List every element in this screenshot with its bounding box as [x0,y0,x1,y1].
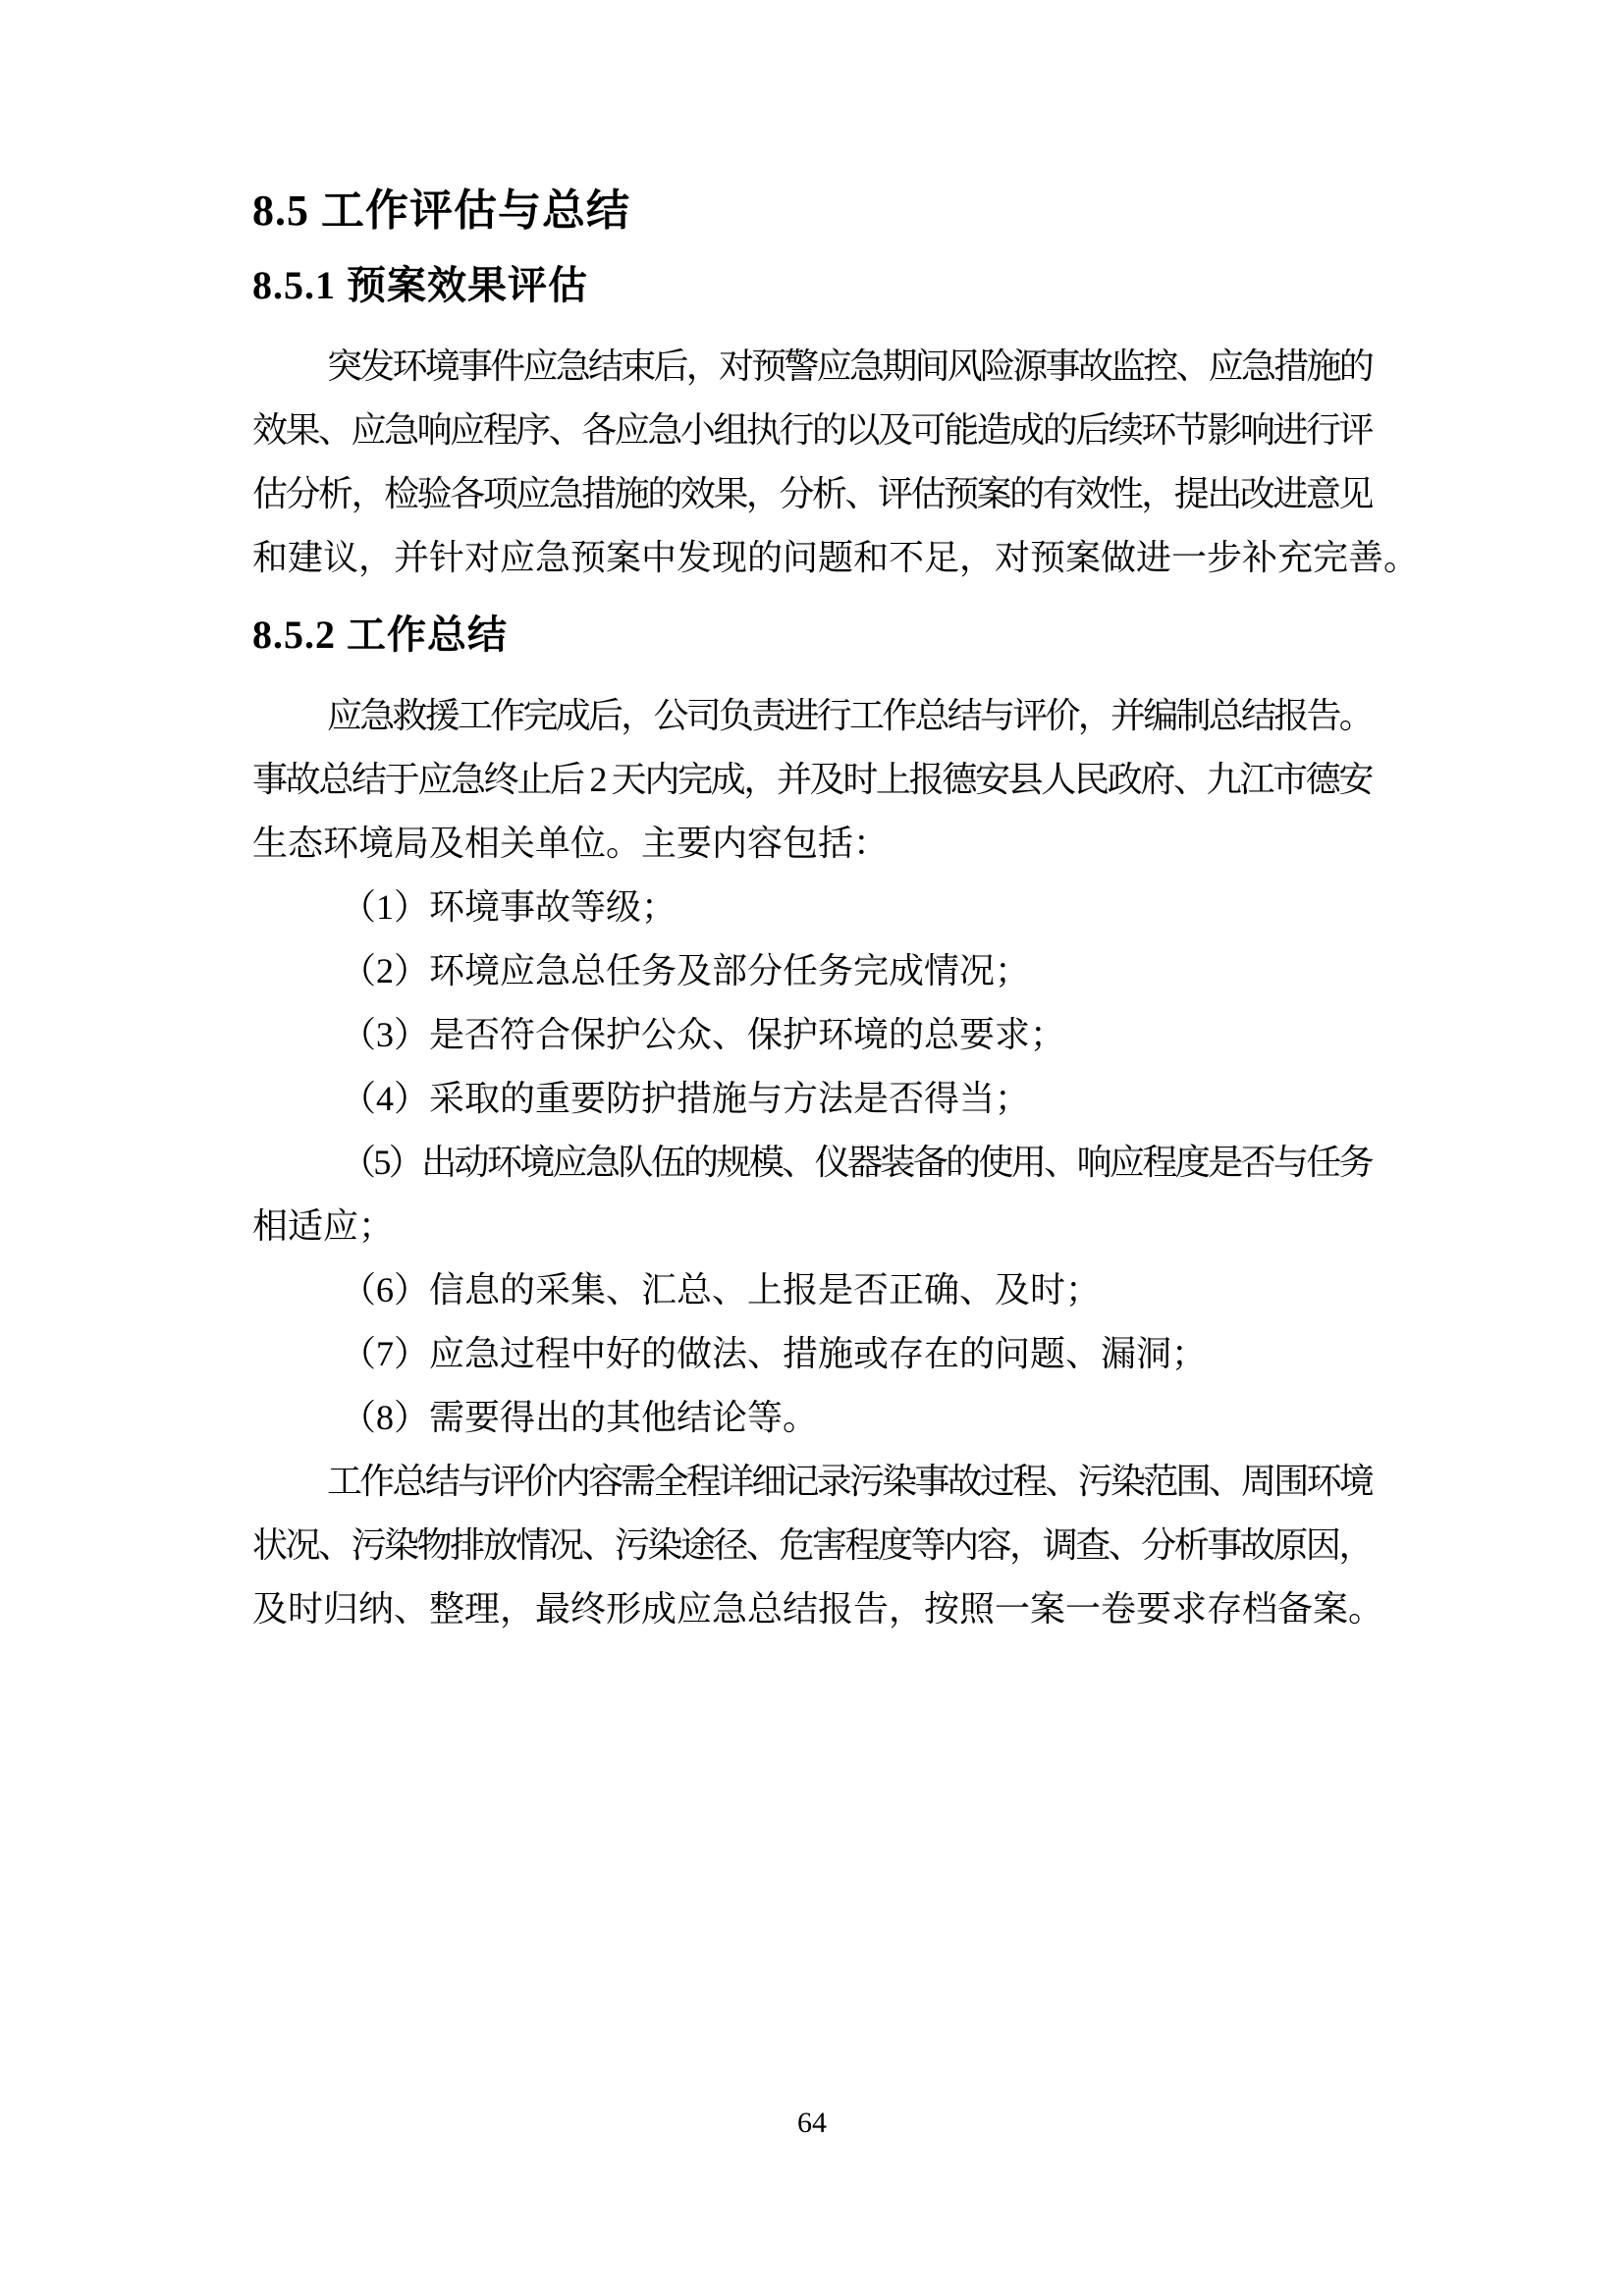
body-line: （7）应急过程中好的做法、措施或存在的问题、漏洞； [252,1322,1372,1386]
text-run: 事故总结于应急终止后 2 天内完成，并及时上报德安县人民政府、九江市德安 [252,748,1372,812]
body-line: 状况、污染物排放情况、污染途径、危害程度等内容，调查、分析事故原因， [252,1514,1372,1577]
text-run: 8.5.2 工作总结 [252,613,508,657]
text-run: 估分析，检验各项应急措施的效果，分析、评估预案的有效性，提出改进意见 [252,462,1372,526]
text-run: （4）采取的重要防护措施与方法是否得当； [341,1067,1030,1131]
text-run: 应急救援工作完成后，公司负责进行工作总结与评价，并编制总结报告。 [327,684,1372,748]
text-run: （6）信息的采集、汇总、上报是否正确、及时； [341,1258,1101,1322]
document-page: 8.5 工作评估与总结8.5.1 预案效果评估突发环境事件应急结束后，对预警应急… [0,0,1624,2296]
text-run: 工作总结与评价内容需全程详细记录污染事故过程、污染范围、周围环境 [327,1450,1372,1514]
body-line: 及时归纳、整理，最终形成应急总结报告，按照一案一卷要求存档备案。 [252,1577,1372,1641]
body-line: （5）出动环境应急队伍的规模、仪器装备的使用、响应程度是否与任务 [252,1131,1372,1195]
section-heading: 8.5 工作评估与总结 [252,182,1372,240]
text-run: （5）出动环境应急队伍的规模、仪器装备的使用、响应程度是否与任务 [341,1131,1372,1195]
body-line: 事故总结于应急终止后 2 天内完成，并及时上报德安县人民政府、九江市德安 [252,748,1372,812]
subsection-heading: 8.5.2 工作总结 [252,606,1372,665]
body-line: （1）环境事故等级； [252,876,1372,939]
text-run: （7）应急过程中好的做法、措施或存在的问题、漏洞； [341,1322,1207,1386]
text-run: 8.5 工作评估与总结 [252,187,630,235]
text-run: 及时归纳、整理，最终形成应急总结报告，按照一案一卷要求存档备案。 [252,1577,1383,1641]
body-line: 估分析，检验各项应急措施的效果，分析、评估预案的有效性，提出改进意见 [252,462,1372,526]
page-number: 64 [797,2107,827,2139]
text-run: 生态环境局及相关单位。主要内容包括： [252,812,889,876]
body-line: （3）是否符合保护公众、保护环境的总要求； [252,1003,1372,1067]
body-line: 生态环境局及相关单位。主要内容包括： [252,812,1372,876]
text-run: 和建议，并针对应急预案中发现的问题和不足，对预案做进一步补充完善。 [252,526,1419,590]
text-run: （2）环境应急总任务及部分任务完成情况； [341,939,1030,1003]
body-line: 突发环境事件应急结束后，对预警应急期间风险源事故监控、应急措施的 [252,335,1372,399]
body-line: 工作总结与评价内容需全程详细记录污染事故过程、污染范围、周围环境 [252,1450,1372,1514]
page-footer: 64 [0,2104,1624,2143]
text-run: 相适应； [252,1195,394,1258]
body-line: （6）信息的采集、汇总、上报是否正确、及时； [252,1258,1372,1322]
text-run: （3）是否符合保护公众、保护环境的总要求； [341,1003,1065,1067]
text-run: 8.5.1 预案效果评估 [252,263,588,307]
body-line: 效果、应急响应程序、各应急小组执行的以及可能造成的后续环节影响进行评 [252,399,1372,462]
text-run: 突发环境事件应急结束后，对预警应急期间风险源事故监控、应急措施的 [327,335,1372,399]
body-line: （2）环境应急总任务及部分任务完成情况； [252,939,1372,1003]
body-line: （4）采取的重要防护措施与方法是否得当； [252,1067,1372,1131]
body-line: 相适应； [252,1195,1372,1258]
text-run: 效果、应急响应程序、各应急小组执行的以及可能造成的后续环节影响进行评 [252,399,1372,462]
text-run: （8）需要得出的其他结论等。 [341,1386,818,1450]
body-line: 和建议，并针对应急预案中发现的问题和不足，对预案做进一步补充完善。 [252,526,1372,590]
text-run: 状况、污染物排放情况、污染途径、危害程度等内容，调查、分析事故原因， [252,1514,1372,1577]
body-line: （8）需要得出的其他结论等。 [252,1386,1372,1450]
body-line: 应急救援工作完成后，公司负责进行工作总结与评价，并编制总结报告。 [252,684,1372,748]
document-body: 8.5 工作评估与总结8.5.1 预案效果评估突发环境事件应急结束后，对预警应急… [252,182,1372,1641]
subsection-heading: 8.5.1 预案效果评估 [252,256,1372,315]
text-run: （1）环境事故等级； [341,876,677,939]
